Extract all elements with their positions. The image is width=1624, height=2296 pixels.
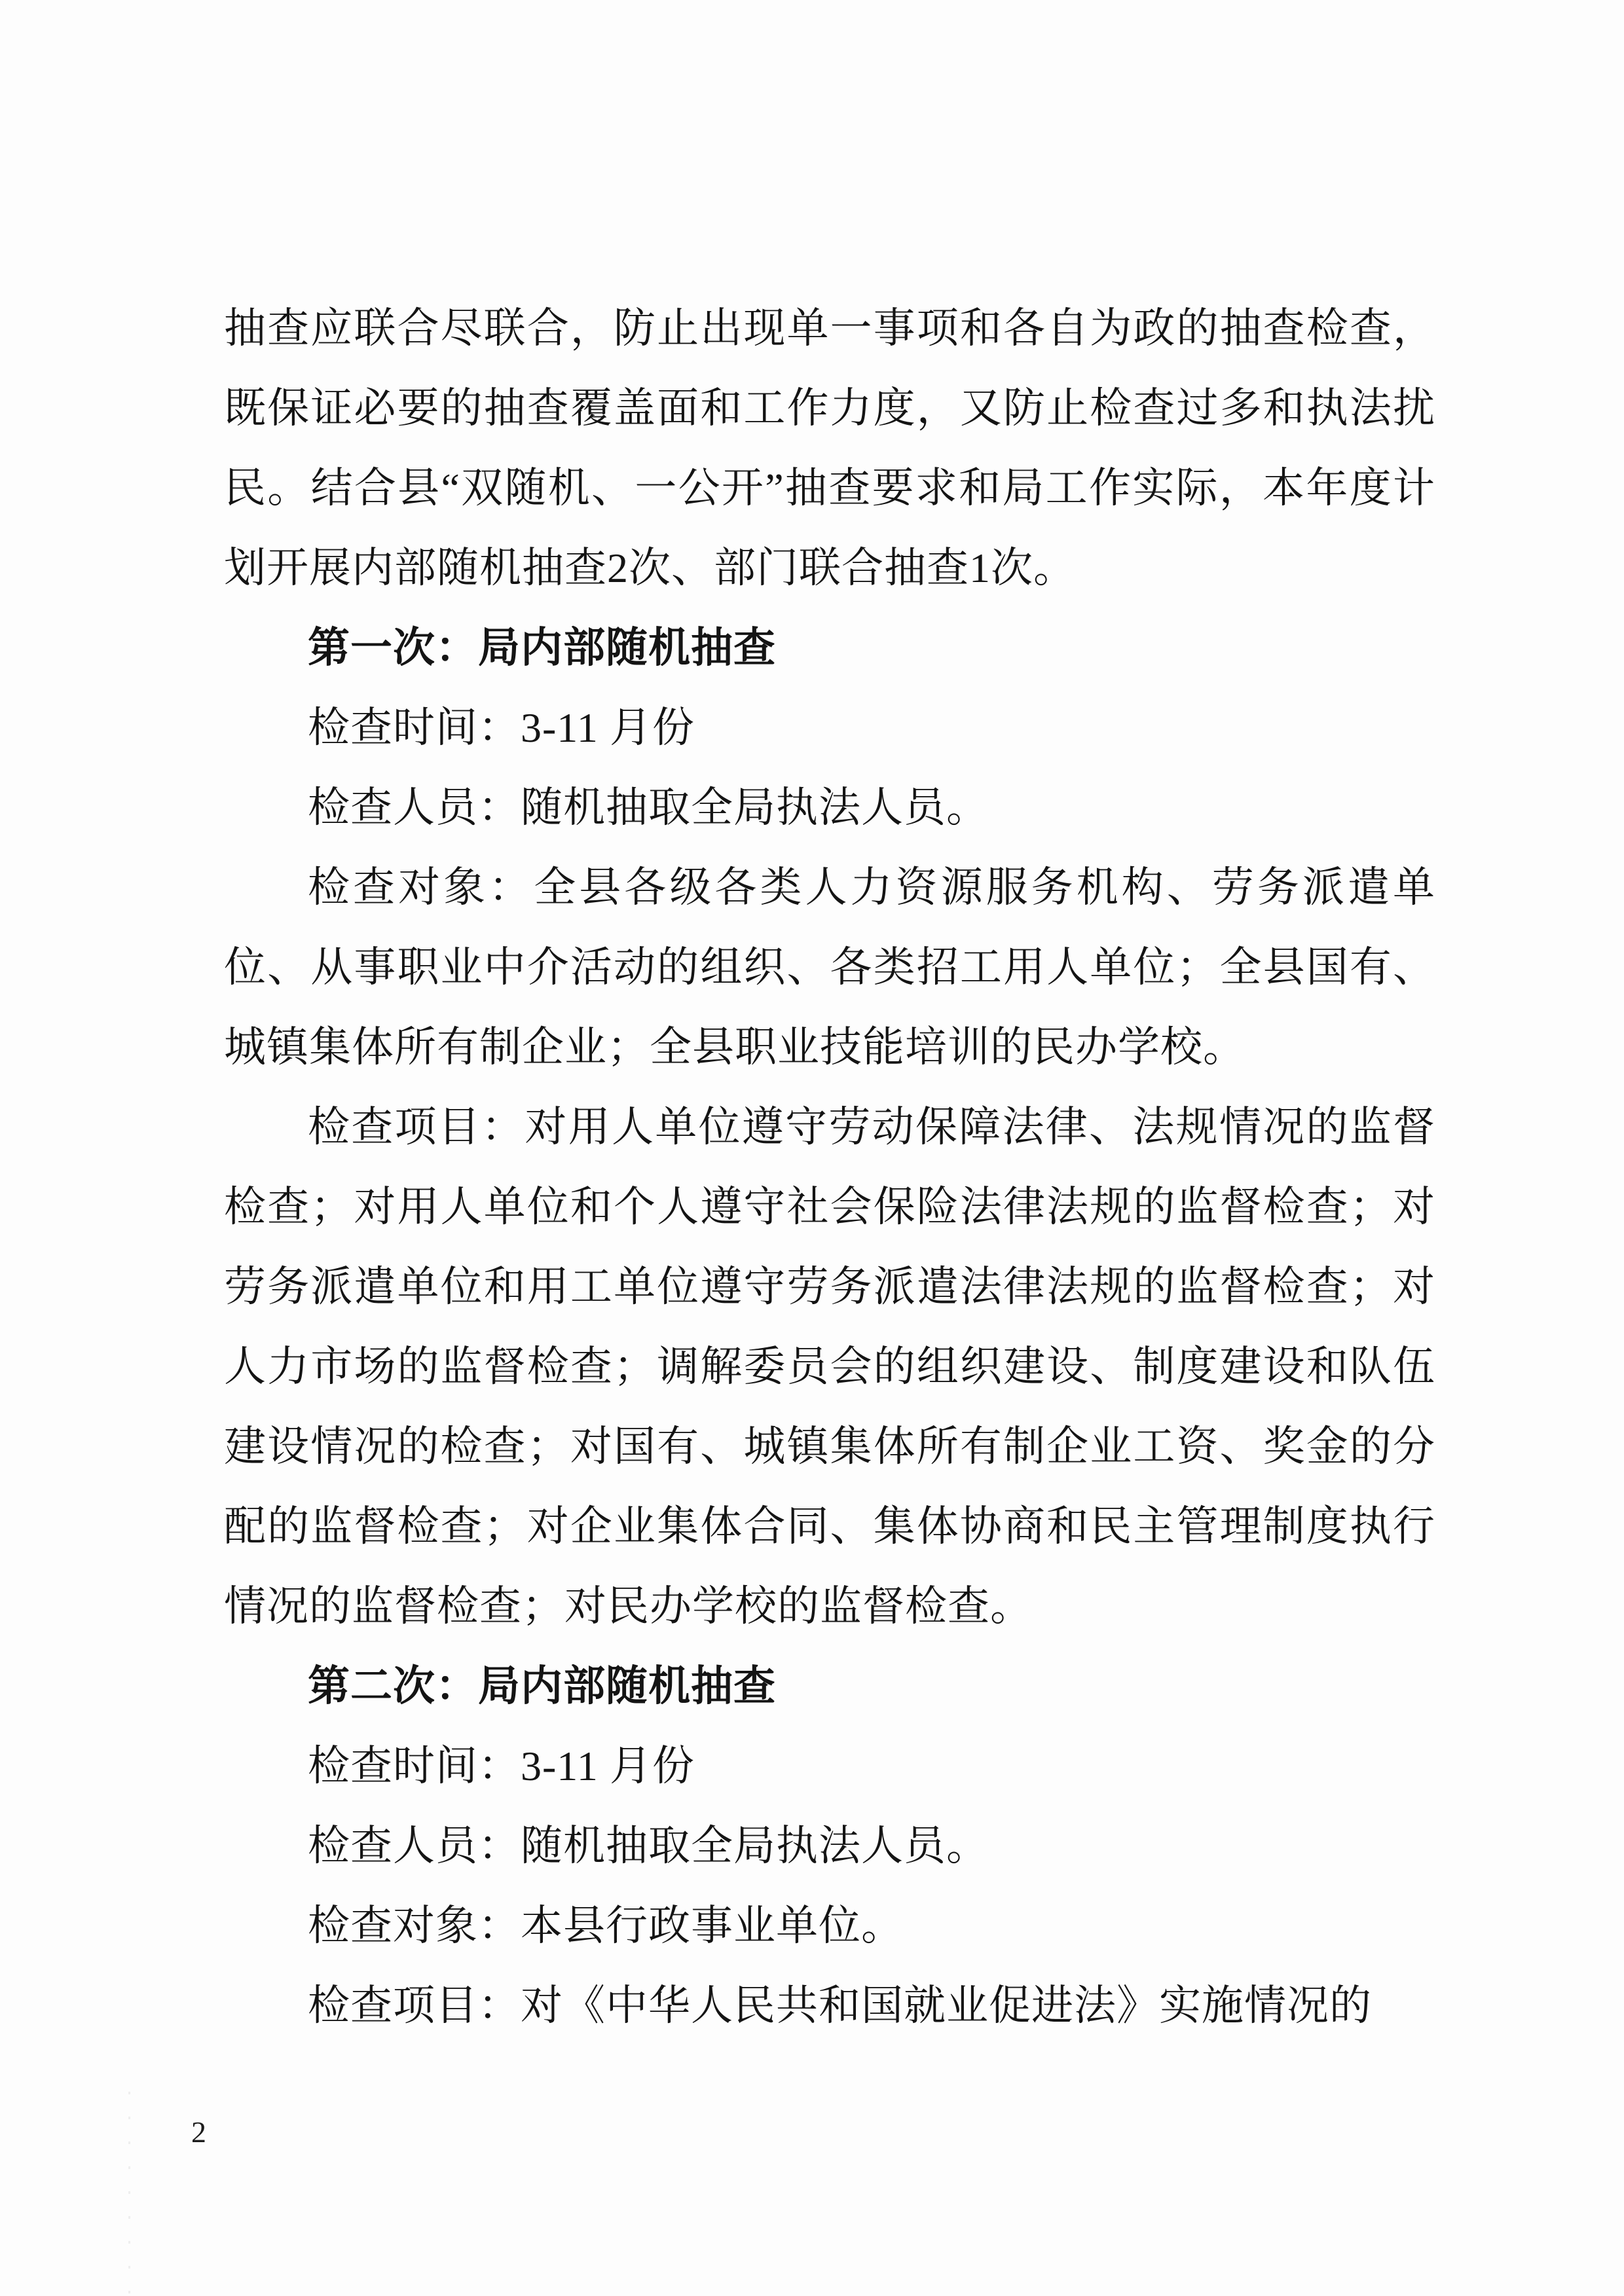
section2-heading: 第二次：局内部随机抽查 [224, 1647, 1435, 1726]
document-page: 抽查应联合尽联合，防止出现单一事项和各自为政的抽查检查，既保证必要的抽查覆盖面和… [0, 0, 1624, 2296]
section2-check-personnel: 检查人员：随机抽取全局执法人员。 [224, 1806, 1435, 1886]
section1-check-items: 检查项目：对用人单位遵守劳动保障法律、法规情况的监督检查；对用人单位和个人遵守社… [224, 1087, 1435, 1647]
paragraph-continuation: 抽查应联合尽联合，防止出现单一事项和各自为政的抽查检查，既保证必要的抽查覆盖面和… [224, 289, 1435, 608]
document-body: 抽查应联合尽联合，防止出现单一事项和各自为政的抽查检查，既保证必要的抽查覆盖面和… [224, 289, 1435, 2046]
section1-check-targets: 检查对象：全县各级各类人力资源服务机构、劳务派遣单位、从事职业中介活动的组织、各… [224, 848, 1435, 1087]
scan-artifact [128, 2092, 130, 2296]
section1-check-personnel: 检查人员：随机抽取全局执法人员。 [224, 768, 1435, 848]
section2-check-items: 检查项目：对《中华人民共和国就业促进法》实施情况的 [224, 1966, 1435, 2046]
section2-check-time: 检查时间：3-11 月份 [224, 1726, 1435, 1806]
section2-check-targets: 检查对象：本县行政事业单位。 [224, 1886, 1435, 1966]
page-number: 2 [191, 2117, 206, 2147]
section1-check-time: 检查时间：3-11 月份 [224, 688, 1435, 768]
section1-heading: 第一次：局内部随机抽查 [224, 608, 1435, 688]
